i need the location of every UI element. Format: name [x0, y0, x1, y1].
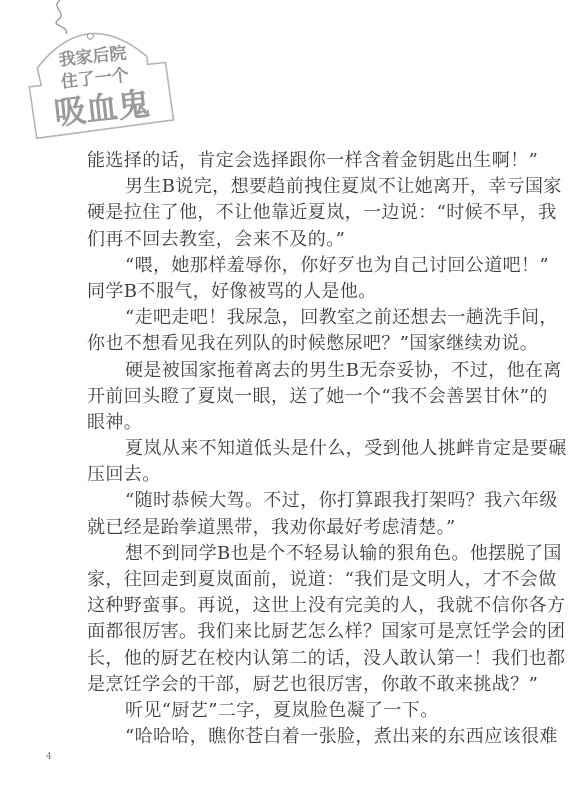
hanging-tag-icon: 我家后院 住了一个 吸血鬼 — [0, 0, 200, 150]
text-line: 长，他的厨艺在校内认第二的话，没人敢认第一！我们也都 — [87, 646, 489, 672]
text-line: 家，往回走到夏岚面前，说道：“我们是文明人，才不会做 — [87, 567, 489, 593]
text-line: 开前回头瞪了夏岚一眼，送了她一个“我不会善罢甘休”的 — [87, 384, 489, 410]
text-line: 面都很厉害。我们来比厨艺怎么样？国家可是烹饪学会的团 — [87, 619, 489, 645]
text-line: 压回去。 — [87, 462, 489, 488]
body-text: 能选择的话，肯定会选择跟你一样含着金钥匙出生啊！”男生B说完，想要趋前拽住夏岚不… — [87, 148, 489, 750]
text-line: “走吧走吧！我尿急，回教室之前还想去一趟洗手间， — [87, 305, 489, 331]
text-line: 眼神。 — [87, 410, 489, 436]
text-line: 能选择的话，肯定会选择跟你一样含着金钥匙出生啊！” — [87, 148, 489, 174]
text-line: 夏岚从来不知道低头是什么，受到他人挑衅肯定是要碾 — [87, 436, 489, 462]
text-line: 硬是拉住了他，不让他靠近夏岚，一边说：“时候不早，我 — [87, 200, 489, 226]
page-number: 4 — [46, 752, 52, 762]
book-title-tag: 我家后院 住了一个 吸血鬼 — [0, 0, 200, 150]
text-line: “随时恭候大驾。不过，你打算跟我打架吗？我六年级 — [87, 488, 489, 514]
text-line: “哈哈哈，瞧你苍白着一张脸，煮出来的东西应该很难 — [87, 724, 489, 750]
text-line: 是烹饪学会的干部，厨艺也很厉害，你敢不敢来挑战？” — [87, 672, 489, 698]
text-line: 想不到同学B也是个不轻易认输的狠角色。他摆脱了国 — [87, 541, 489, 567]
text-line: 这种野蛮事。再说，这世上没有完美的人，我就不信你各方 — [87, 593, 489, 619]
text-line: 你也不想看见我在列队的时候憋尿吧？”国家继续劝说。 — [87, 331, 489, 357]
text-line: “喂，她那样羞辱你，你好歹也为自己讨回公道吧！” — [87, 253, 489, 279]
text-line: 听见“厨艺”二字，夏岚脸色凝了一下。 — [87, 698, 489, 724]
text-line: 们再不回去教室，会来不及的。” — [87, 227, 489, 253]
text-line: 同学B不服气，好像被骂的人是他。 — [87, 279, 489, 305]
text-line: 就已经是跆拳道黑带，我劝你最好考虑清楚。” — [87, 515, 489, 541]
text-line: 男生B说完，想要趋前拽住夏岚不让她离开，幸亏国家 — [87, 174, 489, 200]
text-line: 硬是被国家拖着离去的男生B无奈妥协，不过，他在离 — [87, 358, 489, 384]
